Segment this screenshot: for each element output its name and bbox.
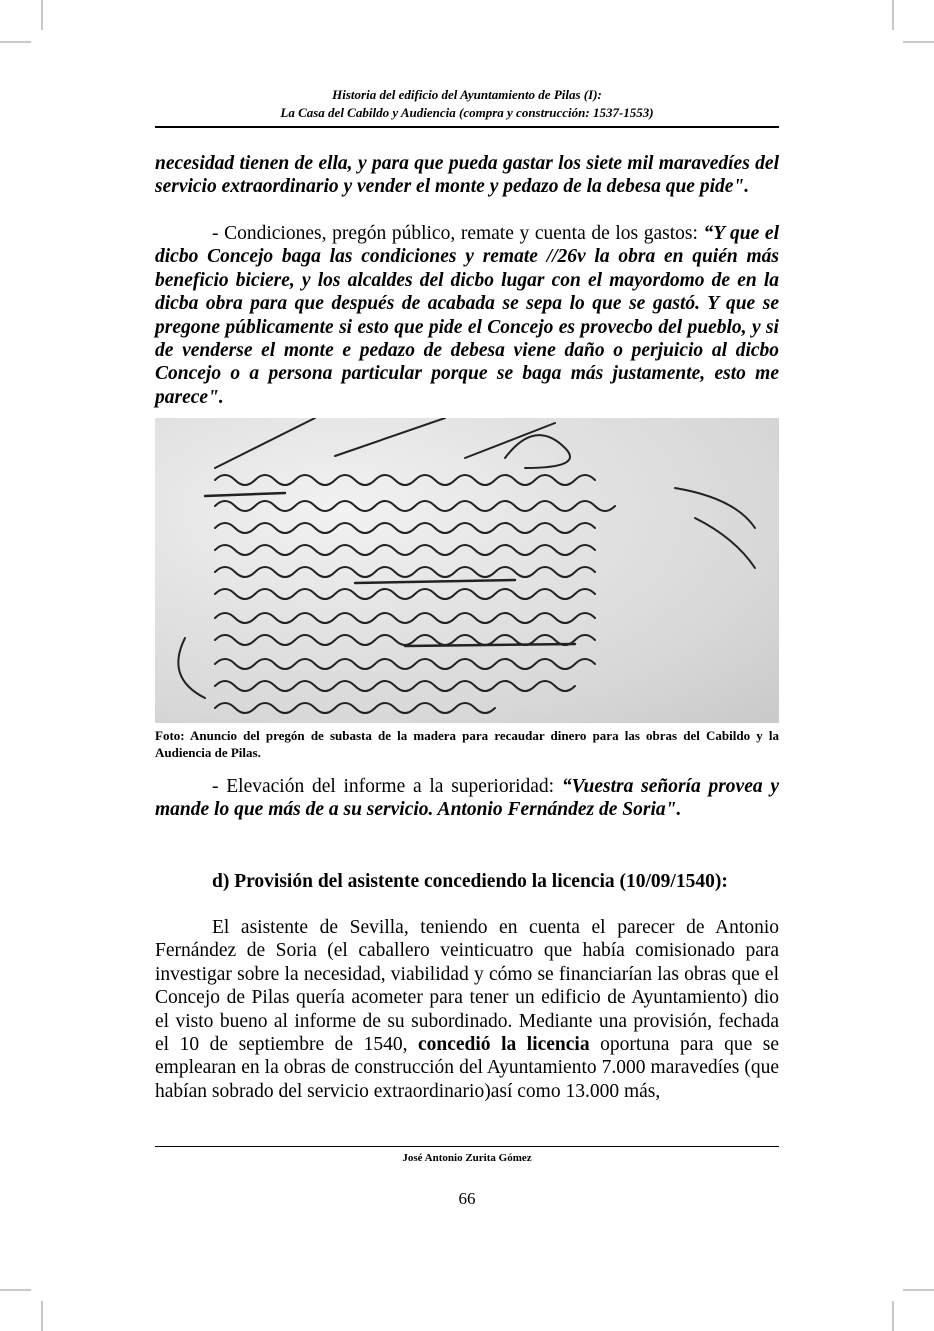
section-heading-d: d) Provisión del asistente concediendo l… [155, 870, 779, 893]
footer-rule [155, 1146, 779, 1147]
paragraph-provision: El asistente de Sevilla, teniendo en cue… [155, 916, 779, 1103]
conditions-quote-2: si esto que pide el Concejo [334, 317, 559, 338]
crop-mark [903, 41, 934, 43]
crop-mark [41, 1301, 43, 1331]
page-number: 66 [155, 1189, 779, 1209]
header-line-1: Historia del edificio del Ayuntamiento d… [155, 86, 779, 104]
header-line-2: La Casa del Cabildo y Audiencia (compra … [155, 104, 779, 122]
crop-mark [0, 1289, 31, 1291]
elevation-lead: - Elevación del informe a la superiorida… [212, 776, 562, 797]
crop-mark [41, 0, 43, 30]
emphasis-licencia: concedió la licencia [418, 1034, 590, 1055]
running-header: Historia del edificio del Ayuntamiento d… [155, 86, 779, 122]
paragraph-conditions: - Condiciones, pregón público, remate y … [155, 222, 779, 409]
conditions-lead: - Condiciones, pregón público, remate y … [212, 223, 704, 244]
crop-mark [0, 41, 31, 43]
emphasis-provecho: es provecbo [559, 317, 653, 338]
footer-author: José Antonio Zurita Gómez [155, 1152, 779, 1164]
paragraph-elevation: - Elevación del informe a la superiorida… [155, 775, 779, 822]
crop-mark [892, 1301, 894, 1331]
photo-caption: Foto: Anuncio del pregón de subasta de l… [155, 727, 779, 761]
emphasis-pregone: pregone públicamente [155, 317, 334, 338]
paragraph-quote-end: necesidad tienen de ella, y para que pue… [155, 152, 779, 199]
crop-mark [903, 1289, 934, 1291]
manuscript-photo [155, 418, 779, 723]
crop-mark [892, 0, 894, 30]
header-rule [155, 126, 779, 128]
manuscript-handwriting-icon [155, 418, 779, 723]
emphasis-dano: daño o perjuicio [564, 340, 703, 361]
